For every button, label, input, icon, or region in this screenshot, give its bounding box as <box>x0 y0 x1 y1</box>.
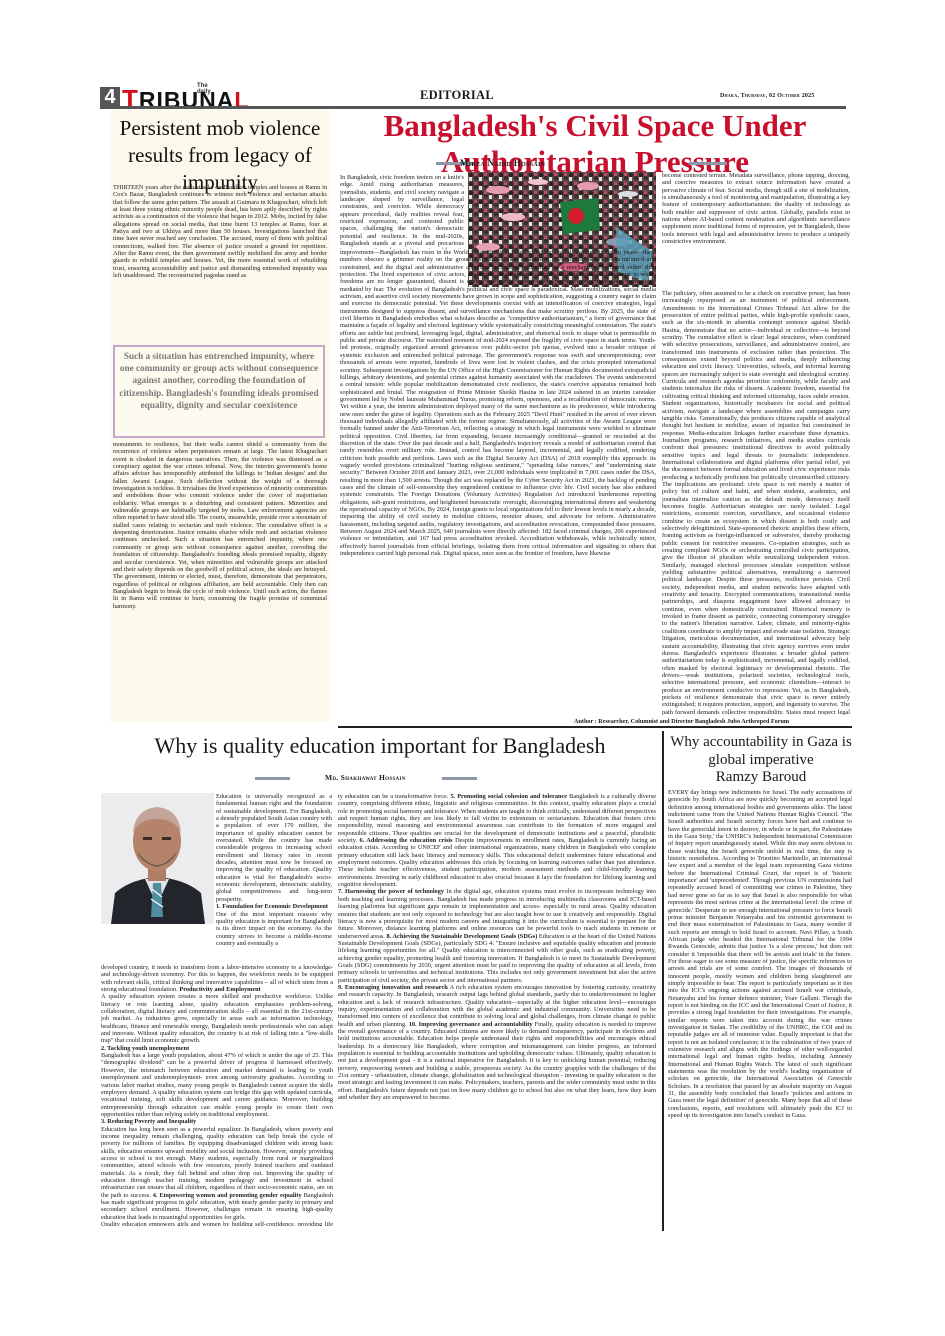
author-portrait <box>101 793 214 924</box>
byline-dash-right <box>442 777 477 780</box>
gaza-column-rule <box>662 731 664 1231</box>
lead-col1-narrow: In Bangladesh, civic freedom teeters on … <box>340 174 464 249</box>
education-col1-wide: developed country, it needs to transform… <box>101 964 333 1226</box>
author-note: Author : Researcher, Columnist and Direc… <box>574 718 789 725</box>
education-byline: Md. Shakhawat Hossain <box>325 773 406 782</box>
gaza-byline: Ramzy Baroud <box>668 769 854 786</box>
education-col1-narrow: Education is universally recognized as a… <box>216 793 332 963</box>
page-number: 4 <box>100 87 120 107</box>
lead-byline: Mirza Nahid Hossain <box>460 158 545 168</box>
section-label: EDITORIAL <box>420 88 494 103</box>
byline-dash-left <box>255 777 290 780</box>
education-col2: ty education can be a transformative for… <box>338 793 656 1226</box>
lead-col3-wide: The judiciary, often assumed to be a che… <box>662 290 850 715</box>
lead-col1-wide: improvement—Bangladesh has risen in the … <box>340 249 656 725</box>
byline-dash-right <box>689 162 727 165</box>
gaza-headline: Why accountability in Gaza is global imp… <box>668 733 854 769</box>
lead-col3-narrow: become contested terrain. Metadata surve… <box>662 172 850 290</box>
education-headline: Why is quality education important for B… <box>100 733 660 759</box>
portrait-image-icon <box>101 793 214 924</box>
sidebar-body-bottom: monuments to resilience, but their walls… <box>113 441 327 719</box>
sidebar-body-top: THIRTEEN years after the mob attacks on … <box>113 184 327 340</box>
dateline: Dhaka, Thursday, 02 October 2025 <box>720 93 815 99</box>
section-divider <box>338 726 852 728</box>
lead-headline: Bangladesh's Civil Space Under Authorita… <box>340 108 850 180</box>
pull-quote: Such a situation has entrenched impunity… <box>113 345 325 438</box>
gaza-body: EVERY day brings new indictments for Isr… <box>668 789 852 1222</box>
